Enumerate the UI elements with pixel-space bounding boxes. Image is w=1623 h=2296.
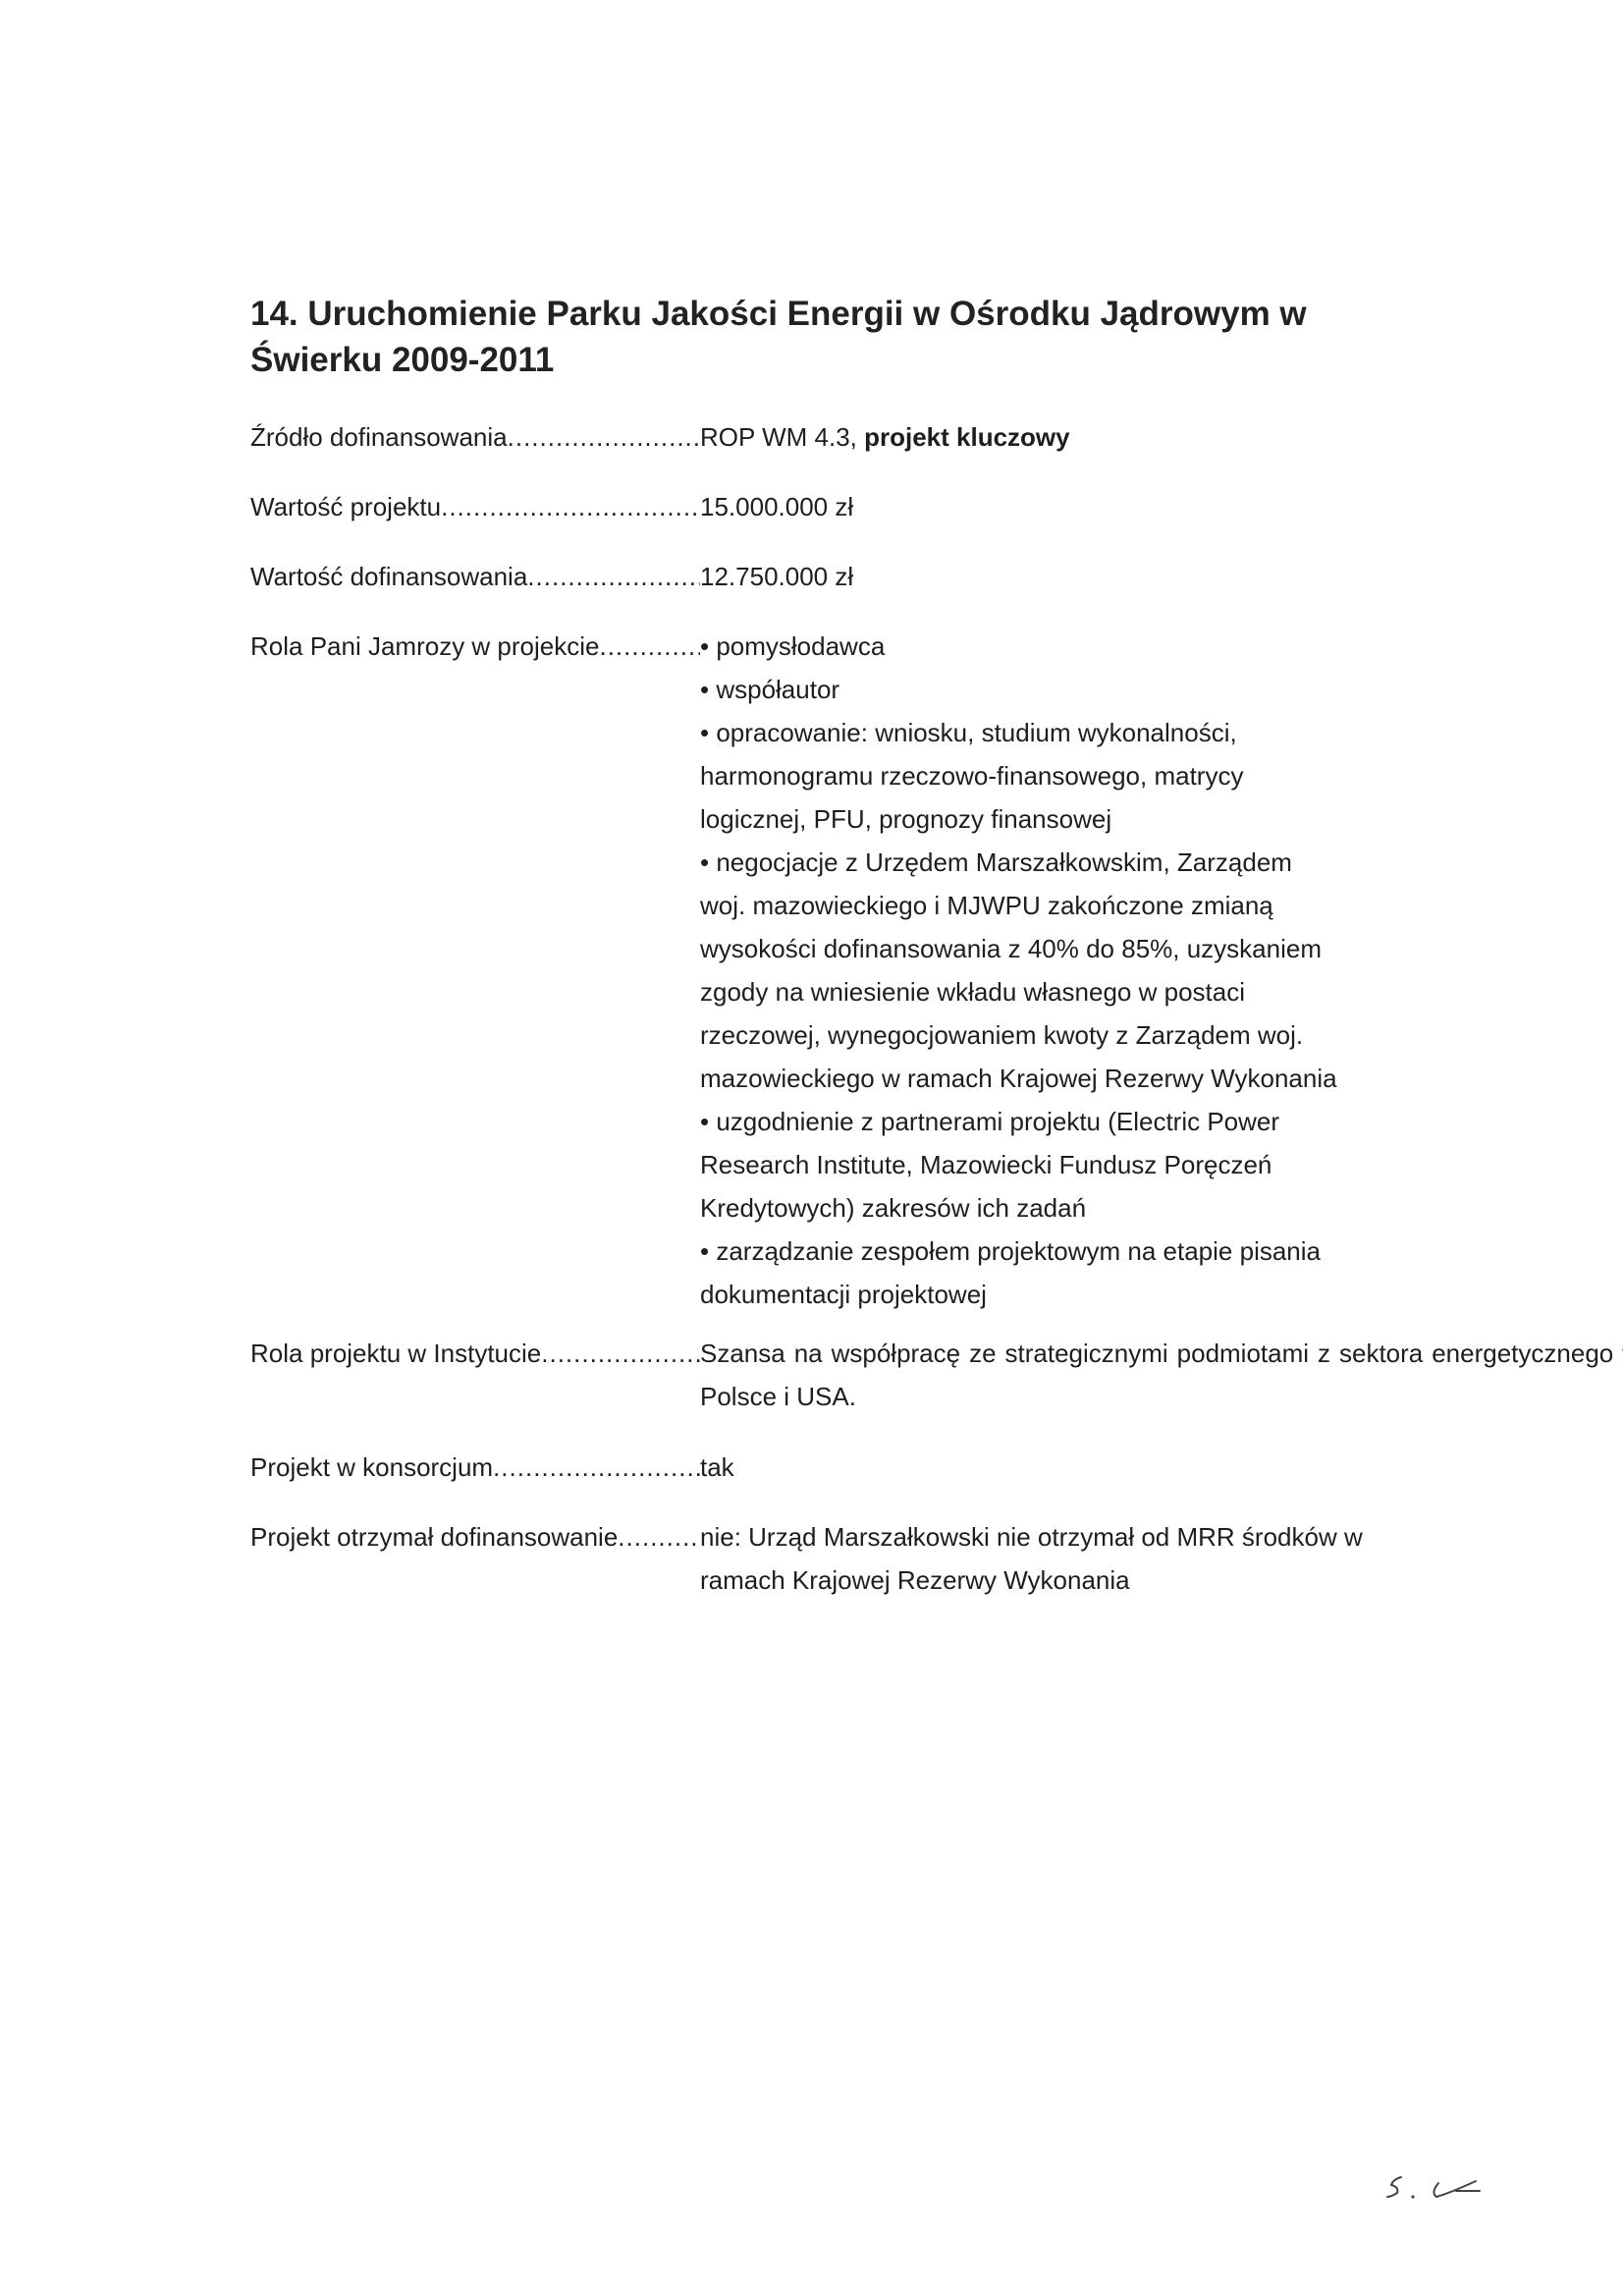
row-funding-source: Źródło dofinansowania ..................… [250, 415, 1399, 459]
section-title: 14. Uruchomienie Parku Jakości Energii w… [250, 291, 1429, 383]
label-text: Projekt otrzymał dofinansowanie [250, 1515, 618, 1558]
role-line: • negocjacje z Urzędem Marszałkowskim, Z… [700, 841, 1623, 884]
role-line: • pomysłodawca [700, 625, 1623, 668]
row-project-value: Wartość projektu .......................… [250, 485, 1399, 528]
row-label: Rola projektu w Instytucie .............… [250, 1332, 700, 1375]
label-text: Rola Pani Jamrozy w projekcie [250, 625, 599, 668]
dot-leader: ........................................… [527, 555, 700, 598]
role-line: Kredytowych) zakresów ich zadań [700, 1186, 1623, 1230]
role-line: • zarządzanie zespołem projektowym na et… [700, 1230, 1623, 1273]
dot-leader: ........................................… [599, 625, 700, 668]
row-value: nie: Urząd Marszałkowski nie otrzymał od… [700, 1515, 1407, 1602]
label-text: Projekt w konsorcjum [250, 1446, 493, 1489]
role-line: wysokości dofinansowania z 40% do 85%, u… [700, 927, 1623, 970]
dot-leader: ........................................… [441, 485, 700, 528]
role-line: • uzgodnienie z partnerami projektu (Ele… [700, 1100, 1623, 1143]
label-text: Źródło dofinansowania [250, 415, 508, 459]
role-bullet-list: • pomysłodawca• współautor• opracowanie:… [700, 625, 1623, 1316]
row-consortium: Projekt w konsorcjum ...................… [250, 1446, 1399, 1489]
row-label: Wartość dofinansowania .................… [250, 555, 700, 598]
row-value: ROP WM 4.3, projekt kluczowy [700, 415, 1623, 459]
role-line: dokumentacji projektowej [700, 1273, 1623, 1316]
value-bold: projekt kluczowy [864, 422, 1070, 452]
role-line: rzeczowej, wynegocjowaniem kwoty z Zarzą… [700, 1013, 1623, 1057]
label-text: Rola projektu w Instytucie [250, 1332, 541, 1375]
row-received-funding: Projekt otrzymał dofinansowanie ........… [250, 1515, 1399, 1558]
row-role-in-project: Rola Pani Jamrozy w projekcie ..........… [250, 625, 1399, 668]
role-line: Research Institute, Mazowiecki Fundusz P… [700, 1143, 1623, 1186]
role-line: mazowieckiego w ramach Krajowej Rezerwy … [700, 1057, 1623, 1100]
title-line-2: Świerku 2009-2011 [250, 337, 1429, 383]
row-value: 12.750.000 zł [700, 555, 1623, 598]
row-label: Wartość projektu .......................… [250, 485, 700, 528]
role-line: woj. mazowieckiego i MJWPU zakończone zm… [700, 884, 1623, 927]
row-value: Szansa na współpracę ze strategicznymi p… [700, 1332, 1623, 1418]
dot-leader: ........................................… [541, 1332, 700, 1375]
label-text: Wartość dofinansowania [250, 555, 527, 598]
role-line: logicznej, PFU, prognozy finansowej [700, 797, 1623, 841]
row-label: Projekt w konsorcjum ...................… [250, 1446, 700, 1489]
row-value: tak [700, 1446, 1623, 1489]
row-label: Projekt otrzymał dofinansowanie ........… [250, 1515, 700, 1558]
row-label: Rola Pani Jamrozy w projekcie ..........… [250, 625, 700, 668]
row-role-in-institute: Rola projektu w Instytucie .............… [250, 1332, 1399, 1375]
role-line: • współautor [700, 668, 1623, 711]
title-line-1: 14. Uruchomienie Parku Jakości Energii w… [250, 291, 1429, 337]
signature-icon [1380, 2165, 1527, 2214]
dot-leader: ........................................… [618, 1515, 700, 1558]
row-value: 15.000.000 zł [700, 485, 1623, 528]
label-text: Wartość projektu [250, 485, 441, 528]
dot-leader: ........................................… [508, 415, 700, 459]
role-line: • opracowanie: wniosku, studium wykonaln… [700, 711, 1623, 754]
value-text: ROP WM 4.3, [700, 422, 864, 452]
role-line: harmonogramu rzeczowo-finansowego, matry… [700, 754, 1623, 797]
role-line: zgody na wniesienie wkładu własnego w po… [700, 970, 1623, 1013]
dot-leader: ........................................… [493, 1446, 700, 1489]
row-label: Źródło dofinansowania ..................… [250, 415, 700, 459]
row-funding-value: Wartość dofinansowania .................… [250, 555, 1399, 598]
